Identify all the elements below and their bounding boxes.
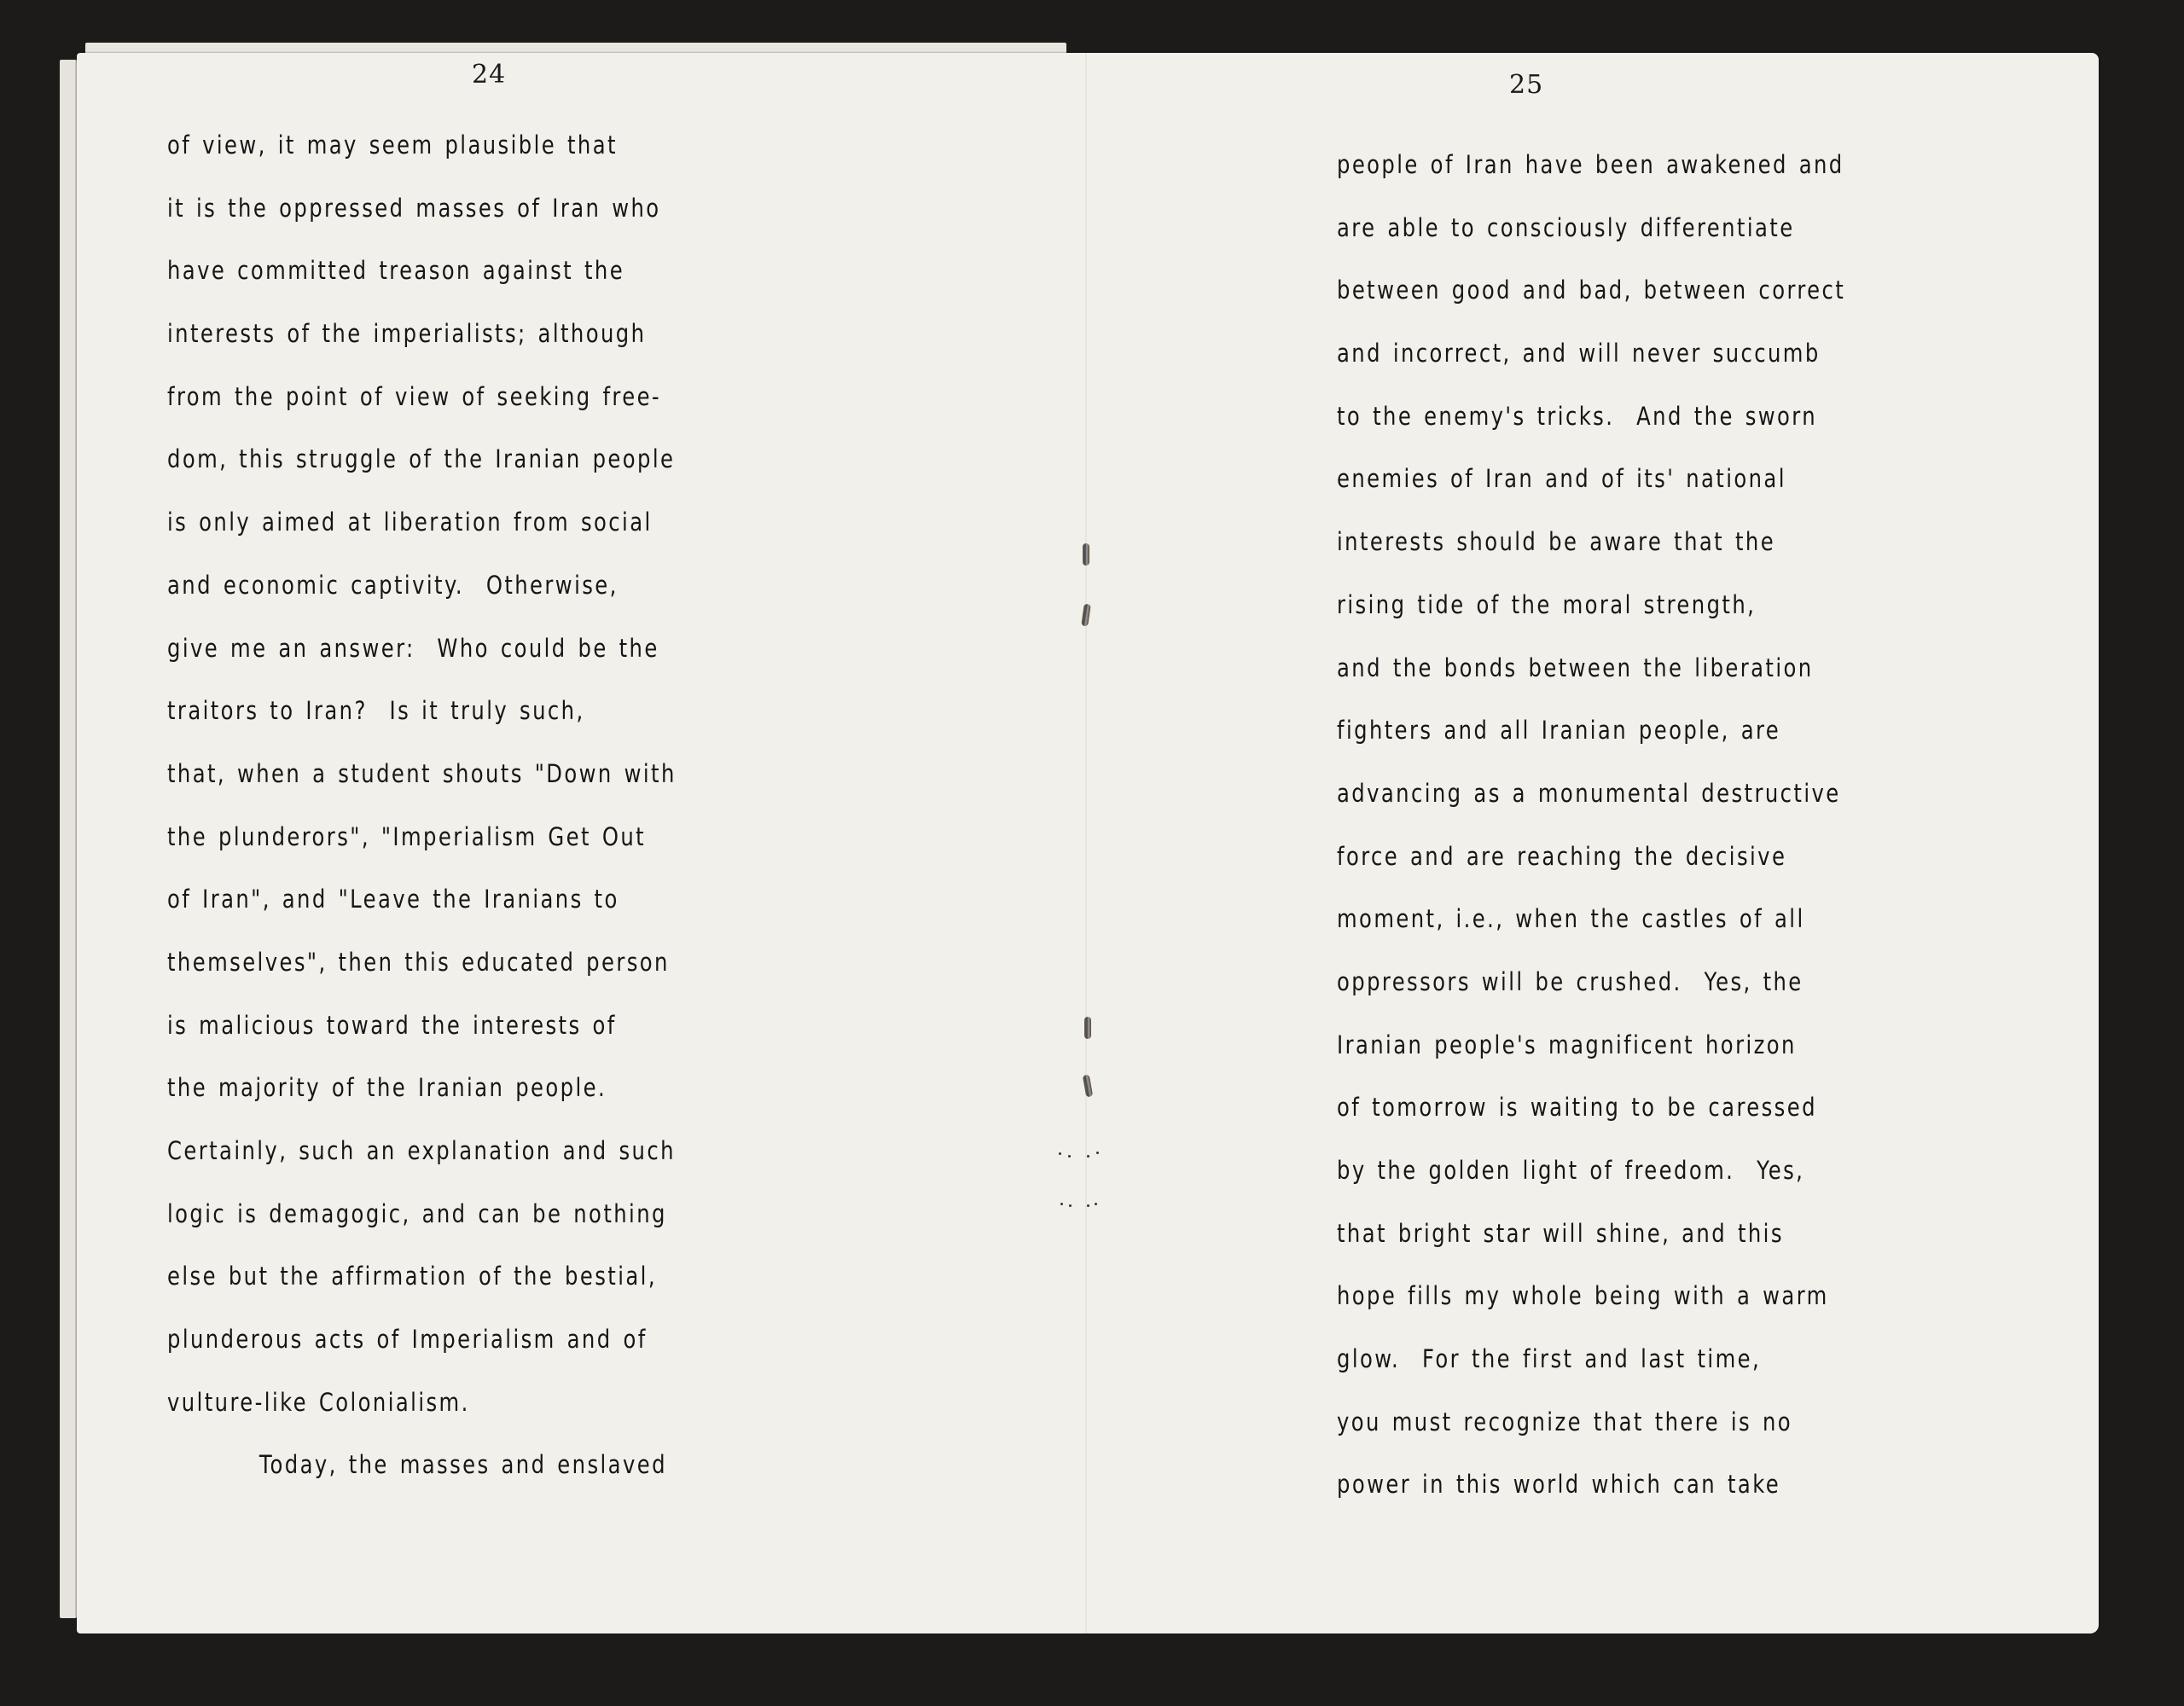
text-line: between good and bad, between correct [1337,259,1845,322]
text-line: have committed treason against the [167,240,677,303]
text-line: else but the affirmation of the bestial, [167,1245,677,1309]
text-line: interests of the imperialists; although [167,303,677,366]
text-line: dom, this struggle of the Iranian people [167,428,677,491]
text-line: to the enemy's tricks. And the sworn [1337,386,1845,449]
text-line: of Iran", and "Leave the Iranians to [167,868,677,931]
text-line: enemies of Iran and of its' national [1337,448,1845,511]
text-line: it is the oppressed masses of Iran who [167,177,677,241]
text-line: traitors to Iran? Is it truly such, [167,680,677,743]
text-line: plunderous acts of Imperialism and of [167,1309,677,1372]
left-page: 24 of view, it may seem plausible thatit… [77,53,1085,1633]
page-number-left: 24 [472,60,506,90]
text-line: is only aimed at liberation from social [167,491,677,554]
text-line: are able to consciously differentiate [1337,197,1845,260]
text-line: advancing as a monumental destructive [1337,763,1845,826]
text-line: and the bonds between the liberation [1337,637,1845,700]
text-line: and incorrect, and will never succumb [1337,322,1845,386]
text-line: themselves", then this educated person [167,931,677,995]
text-line: from the point of view of seeking free- [167,366,677,429]
text-line: the plunderors", "Imperialism Get Out [167,806,677,869]
right-page: 25 people of Iran have been awakened and… [1087,53,2099,1633]
text-line: glow. For the first and last time, [1337,1328,1845,1391]
text-line: hope fills my whole being with a warm [1337,1265,1845,1328]
booklet-spread: 24 of view, it may seem plausible thatit… [77,53,2099,1633]
right-page-text: people of Iran have been awakened andare… [1337,134,1884,1517]
text-line: is malicious toward the interests of [167,995,677,1058]
text-line: people of Iran have been awakened and [1337,134,1845,197]
text-line: Today, the masses and enslaved [167,1434,677,1497]
text-line: of tomorrow is waiting to be caressed [1337,1076,1845,1140]
text-line: logic is demagogic, and can be nothing [167,1183,677,1246]
text-line: force and are reaching the decisive [1337,826,1845,889]
text-line: power in this world which can take [1337,1454,1845,1517]
text-line: of view, it may seem plausible that [167,114,677,177]
text-line: that, when a student shouts "Down with [167,743,677,806]
text-line: vulture-like Colonialism. [167,1372,677,1435]
text-line: interests should be aware that the [1337,511,1845,574]
text-line: fighters and all Iranian people, are [1337,699,1845,763]
text-line: you must recognize that there is no [1337,1391,1845,1454]
text-line: give me an answer: Who could be the [167,618,677,681]
text-line: the majority of the Iranian people. [167,1057,677,1120]
text-line: Iranian people's magnificent horizon [1337,1014,1845,1077]
text-line: that bright star will shine, and this [1337,1203,1845,1266]
text-line: Certainly, such an explanation and such [167,1120,677,1183]
text-line: rising tide of the moral strength, [1337,574,1845,637]
page-stack-edge-left [60,60,77,1618]
text-line: by the golden light of freedom. Yes, [1337,1140,1845,1203]
text-line: oppressors will be crushed. Yes, the [1337,951,1845,1014]
text-line: and economic captivity. Otherwise, [167,554,677,618]
page-number-right: 25 [1509,70,1543,100]
text-line: moment, i.e., when the castles of all [1337,888,1845,951]
left-page-text: of view, it may seem plausible thatit is… [167,114,715,1497]
